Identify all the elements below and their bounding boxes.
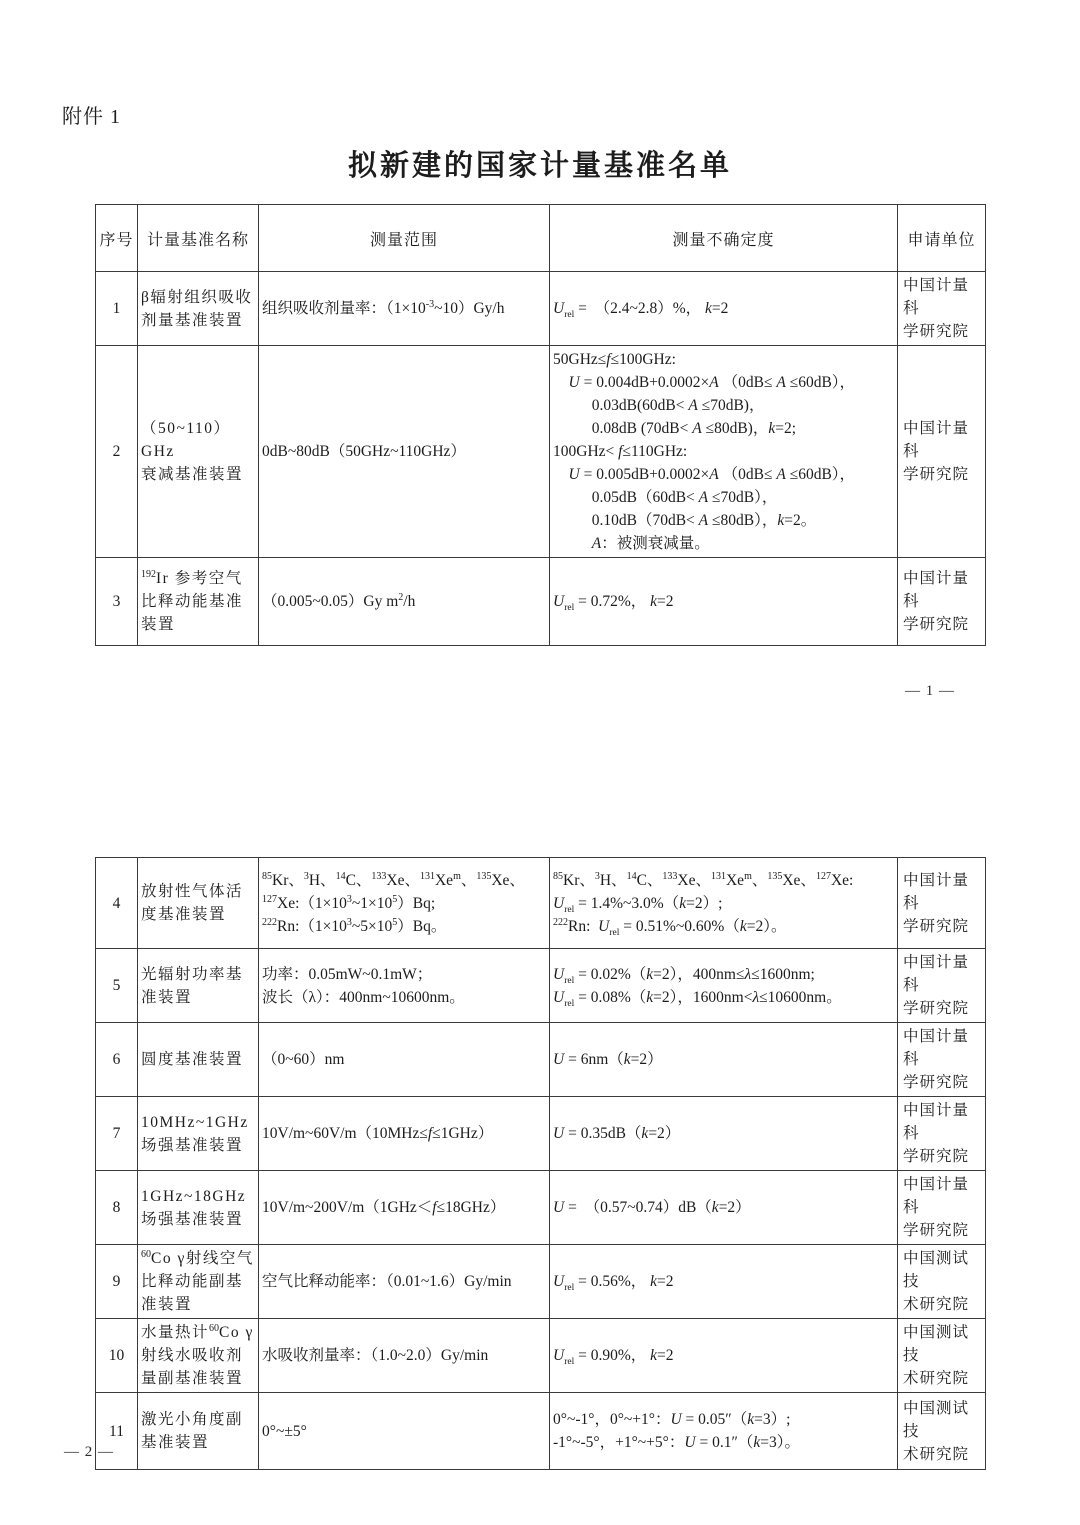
table-row: 710MHz~1GHz 场强基准装置10V/m~60V/m（10MHz≤f≤1G… (96, 1097, 986, 1171)
attachment-label: 附件 1 (62, 100, 121, 129)
cell-range: 空气比释动能率：（0.01~1.6）Gy/min (259, 1245, 550, 1319)
cell-uncertainty: 85Kr、3H、14C、133Xe、131Xem、135Xe、127Xe: Ur… (550, 858, 898, 949)
column-header-name: 计量基准名称 (138, 205, 259, 272)
cell-no: 1 (96, 272, 138, 346)
cell-range: 85Kr、3H、14C、133Xe、131Xem、135Xe、 127Xe:（1… (259, 858, 550, 949)
cell-no: 3 (96, 558, 138, 646)
cell-no: 2 (96, 346, 138, 558)
cell-unit: 中国计量科 学研究院 (898, 858, 986, 949)
table-row: 10水量热计60Co γ 射线水吸收剂 量副基准装置水吸收剂量率：（1.0~2.… (96, 1319, 986, 1393)
page-number-2: — 2 — (64, 1444, 114, 1461)
cell-unit: 中国测试技 术研究院 (898, 1319, 986, 1393)
cell-name: β辐射组织吸收 剂量基准装置 (138, 272, 259, 346)
column-header-unit: 申请单位 (898, 205, 986, 272)
cell-uncertainty: U = （0.57~0.74）dB（k=2） (550, 1171, 898, 1245)
table-row: 5光辐射功率基 准装置功率：0.05mW~0.1mW； 波长（λ）：400nm~… (96, 949, 986, 1023)
cell-uncertainty: Urel = 0.72%， k=2 (550, 558, 898, 646)
standards-table-page1: 序号 计量基准名称 测量范围 测量不确定度 申请单位 1β辐射组织吸收 剂量基准… (95, 204, 986, 646)
cell-uncertainty: U = 0.35dB（k=2） (550, 1097, 898, 1171)
standards-table-page2: 4放射性气体活 度基准装置85Kr、3H、14C、133Xe、131Xem、13… (95, 857, 986, 1470)
cell-range: 0°~±5° (259, 1393, 550, 1470)
table-row: 2（50~110）GHz 衰减基准装置0dB~80dB（50GHz~110GHz… (96, 346, 986, 558)
cell-range: 功率：0.05mW~0.1mW； 波长（λ）：400nm~10600nm。 (259, 949, 550, 1023)
cell-uncertainty: Urel = 0.90%， k=2 (550, 1319, 898, 1393)
cell-no: 7 (96, 1097, 138, 1171)
cell-name: 激光小角度副 基准装置 (138, 1393, 259, 1470)
cell-unit: 中国计量科 学研究院 (898, 346, 986, 558)
cell-name: 圆度基准装置 (138, 1023, 259, 1097)
table-row: 4放射性气体活 度基准装置85Kr、3H、14C、133Xe、131Xem、13… (96, 858, 986, 949)
table-header-row: 序号 计量基准名称 测量范围 测量不确定度 申请单位 (96, 205, 986, 272)
cell-no: 10 (96, 1319, 138, 1393)
cell-uncertainty: U = 6nm（k=2） (550, 1023, 898, 1097)
column-header-uncertainty: 测量不确定度 (550, 205, 898, 272)
cell-no: 9 (96, 1245, 138, 1319)
page-title: 拟新建的国家计量基准名单 (0, 143, 1080, 184)
table-body-page2: 4放射性气体活 度基准装置85Kr、3H、14C、133Xe、131Xem、13… (96, 858, 986, 1470)
cell-name: 光辐射功率基 准装置 (138, 949, 259, 1023)
cell-uncertainty: Urel = 0.02%（k=2），400nm≤λ≤1600nm; Urel =… (550, 949, 898, 1023)
cell-name: 192Ir 参考空气 比释动能基准 装置 (138, 558, 259, 646)
cell-no: 8 (96, 1171, 138, 1245)
cell-range: 10V/m~200V/m（1GHz＜f≤18GHz） (259, 1171, 550, 1245)
cell-range: （0.005~0.05）Gy m2/h (259, 558, 550, 646)
table-row: 960Co γ射线空气 比释动能副基 准装置空气比释动能率：（0.01~1.6）… (96, 1245, 986, 1319)
cell-uncertainty: Urel = 0.56%， k=2 (550, 1245, 898, 1319)
cell-uncertainty: 0°~-1°，0°~+1°：U = 0.05″（k=3）; -1°~-5°，+1… (550, 1393, 898, 1470)
cell-name: 1GHz~18GHz 场强基准装置 (138, 1171, 259, 1245)
cell-unit: 中国计量科 学研究院 (898, 1171, 986, 1245)
cell-name: 放射性气体活 度基准装置 (138, 858, 259, 949)
cell-range: 水吸收剂量率：（1.0~2.0）Gy/min (259, 1319, 550, 1393)
page-number-1: — 1 — (905, 683, 955, 700)
cell-unit: 中国计量科 学研究院 (898, 558, 986, 646)
cell-unit: 中国测试技 术研究院 (898, 1245, 986, 1319)
column-header-no: 序号 (96, 205, 138, 272)
cell-name: （50~110）GHz 衰减基准装置 (138, 346, 259, 558)
cell-range: （0~60）nm (259, 1023, 550, 1097)
cell-no: 4 (96, 858, 138, 949)
table-row: 81GHz~18GHz 场强基准装置10V/m~200V/m（1GHz＜f≤18… (96, 1171, 986, 1245)
cell-range: 组织吸收剂量率：（1×10-3~10）Gy/h (259, 272, 550, 346)
table-row: 11激光小角度副 基准装置0°~±5°0°~-1°，0°~+1°：U = 0.0… (96, 1393, 986, 1470)
table-row: 1β辐射组织吸收 剂量基准装置组织吸收剂量率：（1×10-3~10）Gy/hUr… (96, 272, 986, 346)
cell-name: 60Co γ射线空气 比释动能副基 准装置 (138, 1245, 259, 1319)
cell-unit: 中国计量科 学研究院 (898, 1097, 986, 1171)
table-row: 6圆度基准装置（0~60）nmU = 6nm（k=2）中国计量科 学研究院 (96, 1023, 986, 1097)
cell-unit: 中国计量科 学研究院 (898, 1023, 986, 1097)
cell-unit: 中国计量科 学研究院 (898, 949, 986, 1023)
table-body-page1: 1β辐射组织吸收 剂量基准装置组织吸收剂量率：（1×10-3~10）Gy/hUr… (96, 272, 986, 646)
cell-uncertainty: 50GHz≤f≤100GHz: U = 0.004dB+0.0002×A （0d… (550, 346, 898, 558)
cell-unit: 中国测试技 术研究院 (898, 1393, 986, 1470)
cell-no: 5 (96, 949, 138, 1023)
cell-range: 0dB~80dB（50GHz~110GHz） (259, 346, 550, 558)
cell-range: 10V/m~60V/m（10MHz≤f≤1GHz） (259, 1097, 550, 1171)
table-row: 3192Ir 参考空气 比释动能基准 装置（0.005~0.05）Gy m2/h… (96, 558, 986, 646)
cell-name: 10MHz~1GHz 场强基准装置 (138, 1097, 259, 1171)
cell-no: 6 (96, 1023, 138, 1097)
column-header-range: 测量范围 (259, 205, 550, 272)
cell-name: 水量热计60Co γ 射线水吸收剂 量副基准装置 (138, 1319, 259, 1393)
document-page: 附件 1 拟新建的国家计量基准名单 序号 计量基准名称 测量范围 测量不确定度 … (0, 0, 1080, 1525)
cell-unit: 中国计量科 学研究院 (898, 272, 986, 346)
cell-uncertainty: Urel = （2.4~2.8）%， k=2 (550, 272, 898, 346)
